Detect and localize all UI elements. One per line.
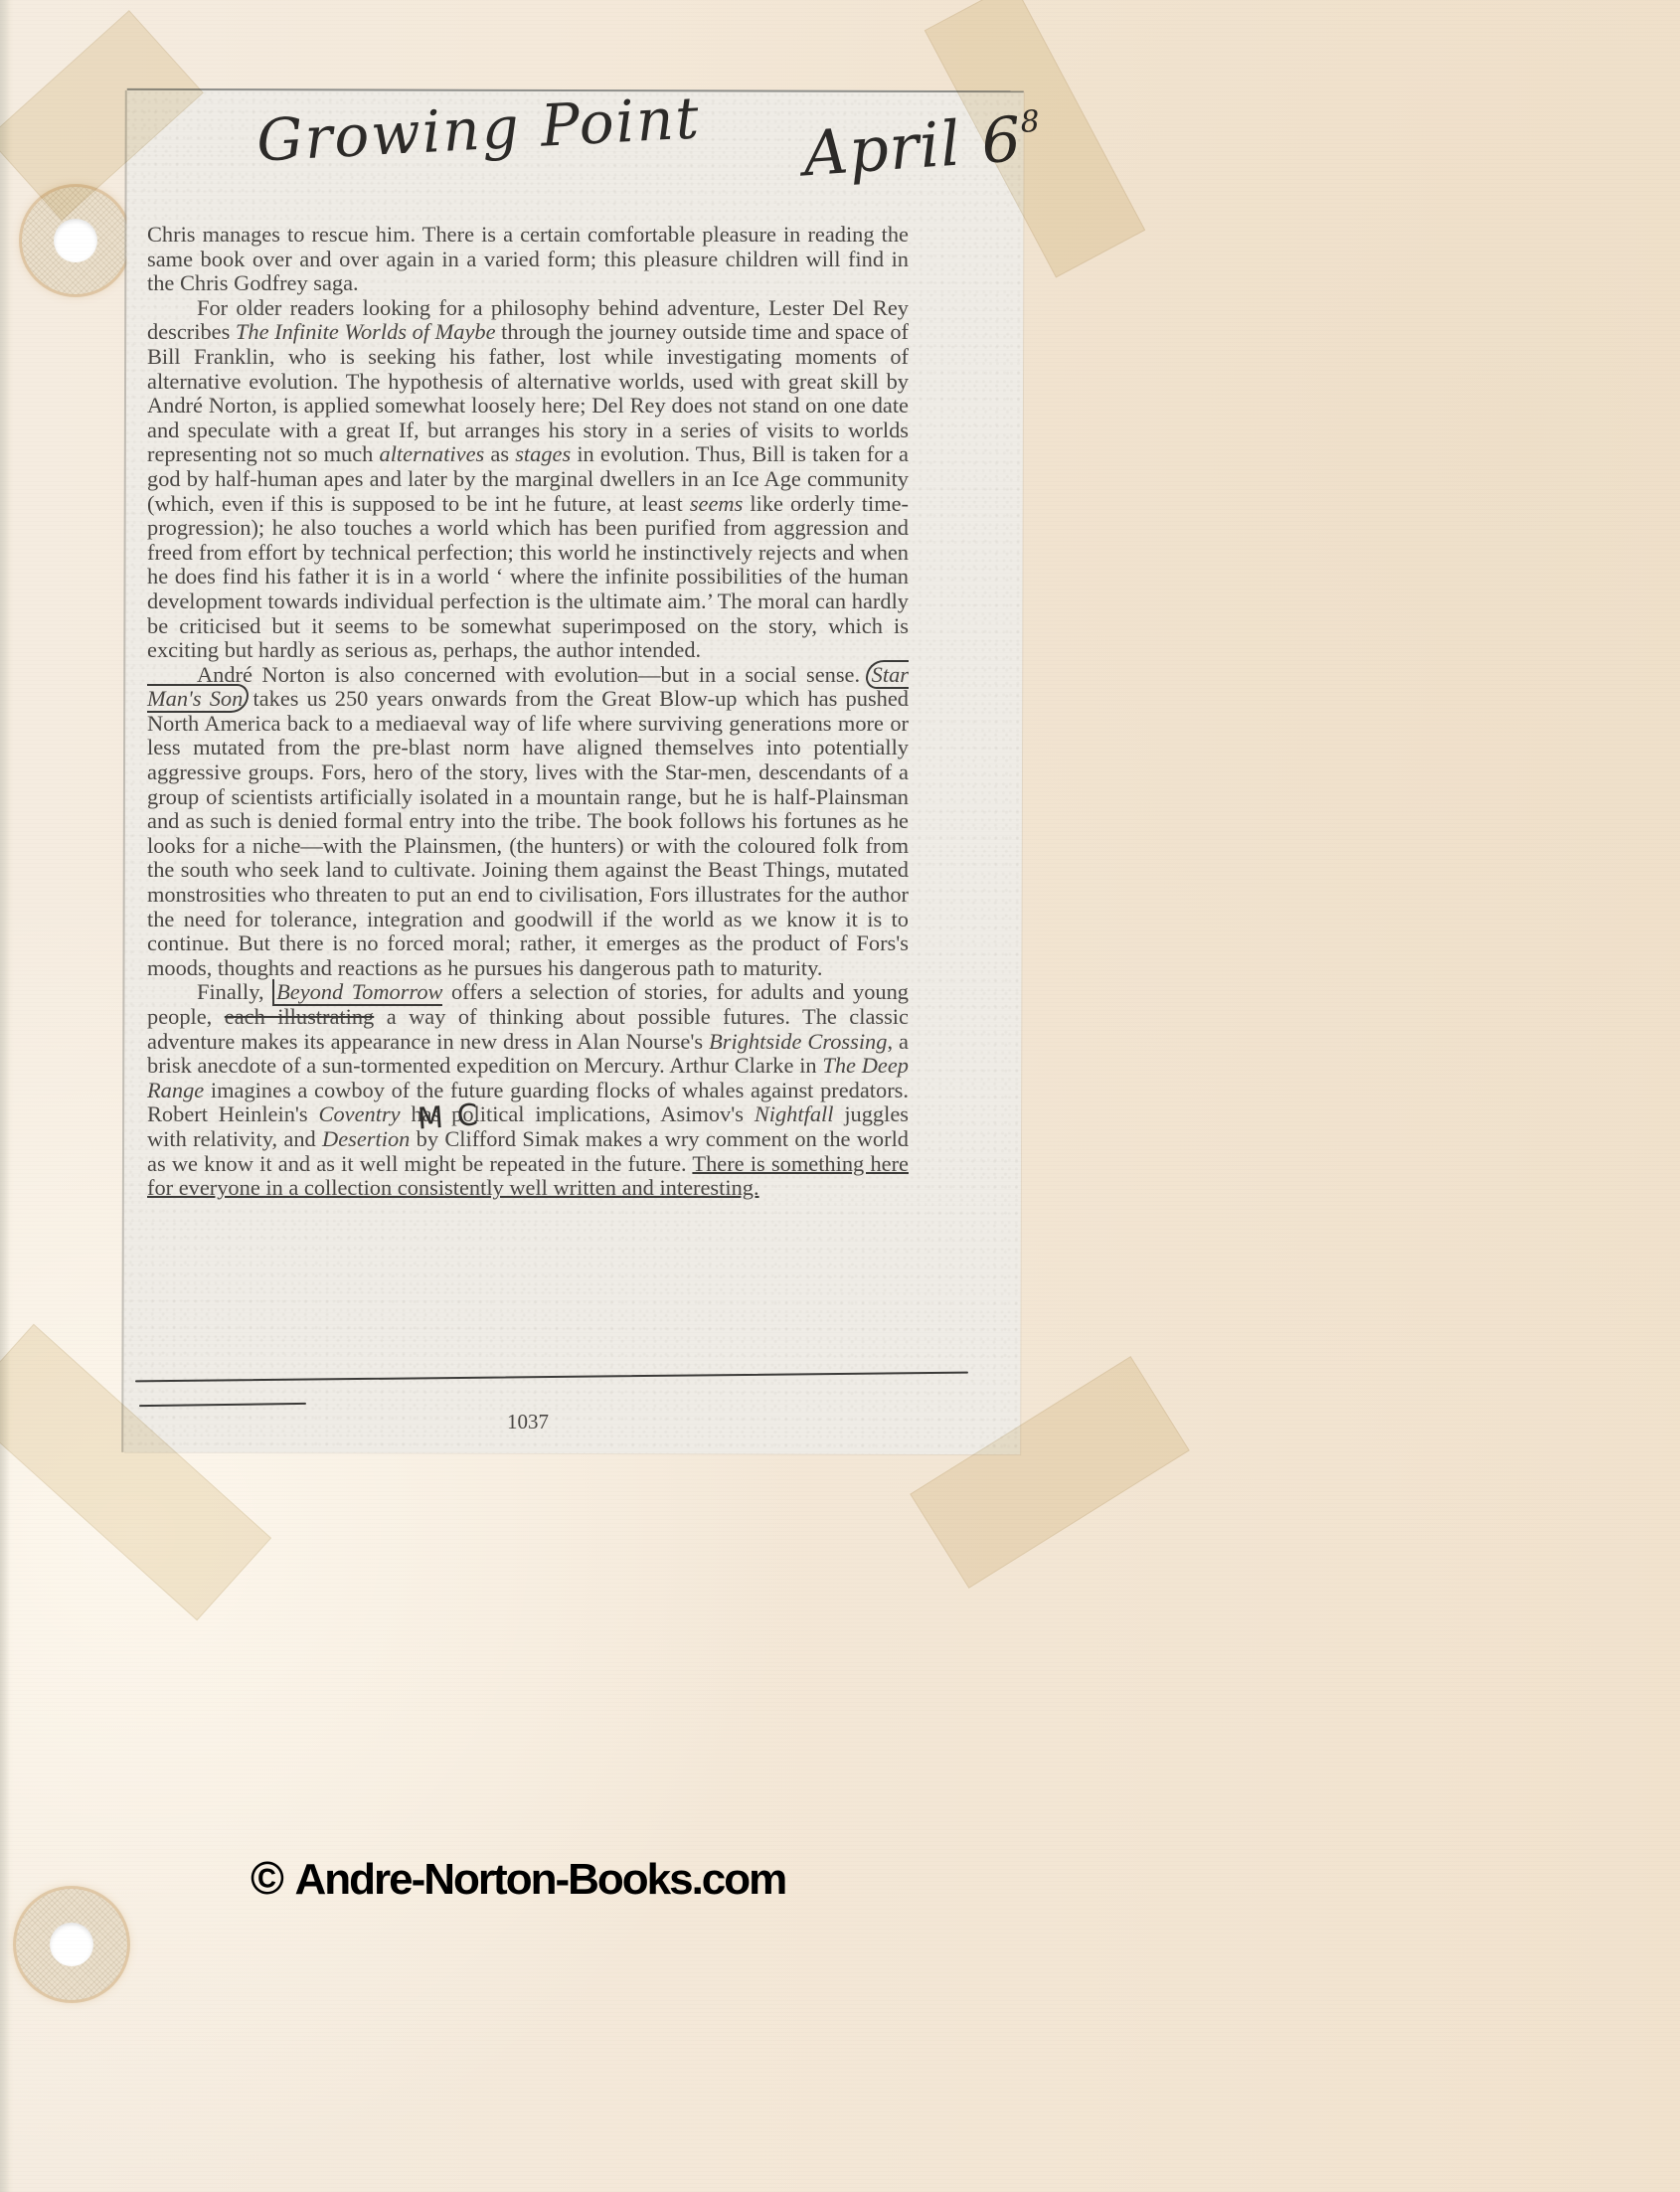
paragraph-chris-godfrey: Chris manages to rescue him. There is a … <box>147 223 909 296</box>
story-title: Brightside Crossing <box>709 1029 887 1054</box>
watermark-text: Andre-Norton-Books.com <box>295 1855 786 1904</box>
emphasis: alternatives <box>380 441 485 466</box>
book-title: The Infinite Worlds of Maybe <box>236 319 496 344</box>
emphasis: seems <box>690 491 743 516</box>
story-title: Nightfall <box>755 1101 834 1126</box>
article-body: Chris manages to rescue him. There is a … <box>147 223 909 1201</box>
text-run: takes us 250 years onwards from the Grea… <box>147 686 909 980</box>
page-edge <box>0 0 10 2192</box>
story-title: Desertion <box>322 1126 410 1151</box>
paragraph-infinite-worlds: For older readers looking for a philosop… <box>147 296 909 663</box>
binder-hole <box>50 1923 93 1966</box>
emphasis: stages <box>515 441 571 466</box>
handwritten-initials: MC <box>417 1096 493 1136</box>
struck-text: each illustrating <box>225 1004 375 1029</box>
copyright-icon: © <box>251 1852 282 1904</box>
copyright-watermark: © Andre-Norton-Books.com <box>251 1851 785 1905</box>
text-run: Finally, <box>197 979 272 1004</box>
paragraph-star-mans-son: André Norton is also concerned with evol… <box>147 663 909 981</box>
paragraph-beyond-tomorrow: Finally, Beyond Tomorrow offers a select… <box>147 980 909 1200</box>
binder-hole-reinforcement <box>16 1889 127 2000</box>
book-title-marked: Beyond Tomorrow <box>272 979 442 1006</box>
scrapbook-page: Growing Point April 68 Chris manages to … <box>0 0 1680 2192</box>
text-run: André Norton is also concerned with evol… <box>197 662 870 687</box>
page-number: 1037 <box>507 1410 549 1434</box>
story-title: Coventry <box>319 1101 401 1126</box>
text-run: like orderly time-progression); he also … <box>147 491 909 663</box>
text-run: as <box>484 441 515 466</box>
binder-hole <box>54 219 97 262</box>
